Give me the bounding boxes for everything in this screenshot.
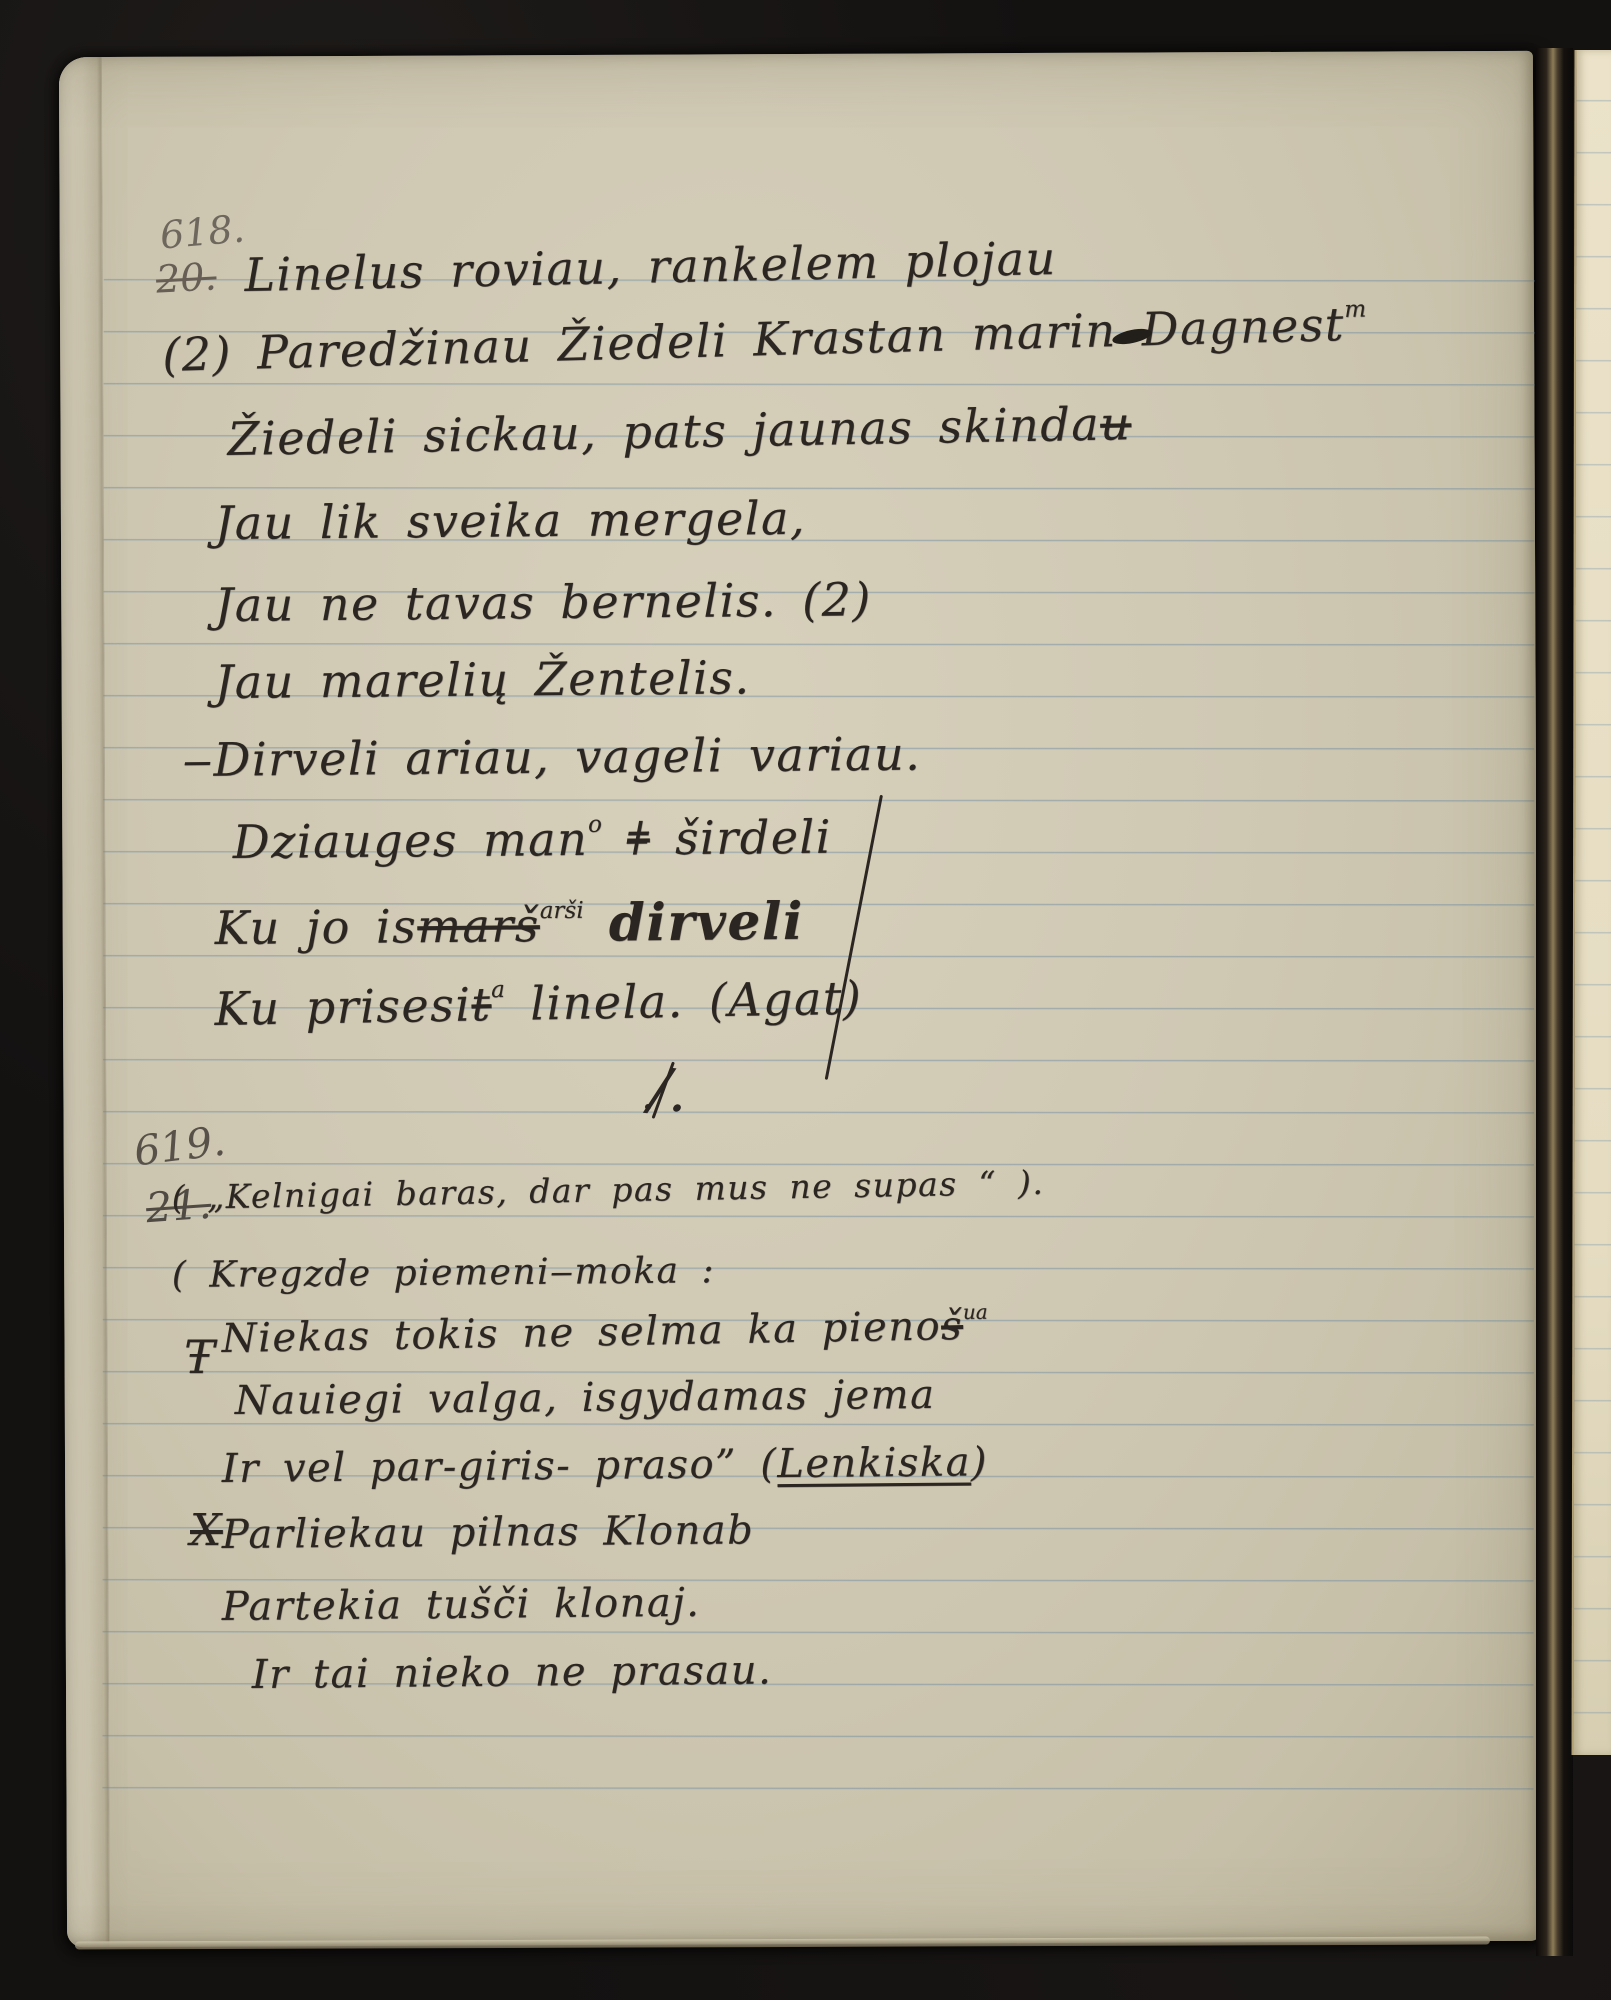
handwriting-segment: t (471, 977, 492, 1031)
line-jau-mareliu: Jau marelių Žentelis. (215, 650, 751, 709)
handwriting-segment: X (190, 1505, 223, 1556)
handwriting-segment: ǂ (627, 811, 650, 865)
handwriting-segment: Partekia tušči klonaj. (222, 1580, 701, 1630)
handwriting-segment: Parliekau pilnas Klonab (222, 1507, 755, 1558)
book-binding-gap (1536, 48, 1573, 1956)
handwriting-segment: ‒Dirveli ariau, vageli variau. (183, 727, 922, 787)
handwriting-segment: širdeli (650, 810, 832, 866)
next-page-edge (1572, 50, 1611, 1755)
handwriting-segment: a (491, 977, 505, 1003)
line-nauiegi: Nauiegi valga, isgydamas jema (235, 1372, 936, 1424)
handwriting-segment: ua (963, 1299, 988, 1323)
handwriting-segment: arši (540, 898, 584, 924)
handwriting-segment: ) (971, 1439, 989, 1485)
handwriting-segment: ( Kregzde piemeni‒moka : (172, 1250, 716, 1296)
line-jau-ne-tavas: Jau ne tavas bernelis. (2) (215, 572, 873, 632)
handwriting-segment: Ŧ (184, 1330, 216, 1384)
handwriting-segment (584, 898, 610, 952)
handwriting-segment: o (588, 812, 602, 838)
line-partekia: Partekia tušči klonaj. (222, 1580, 701, 1630)
margin-mark-x: X (190, 1505, 223, 1556)
handwriting-segment: linela. (Agat) (505, 971, 863, 1031)
handwriting-segment: Ir vel par-giris- praso” ( (222, 1441, 778, 1492)
handwriting-segment: Lenkiska (777, 1439, 971, 1487)
handwriting-segment (602, 812, 628, 866)
handwriting-segment: Ir tai nieko ne prasau. (252, 1647, 773, 1698)
handwriting-segment: Jau lik sveika mergela, (215, 491, 807, 550)
handwriting-segment: Ku jo is (215, 899, 418, 955)
handwriting-segment: Ku prisesi (214, 978, 472, 1036)
handwriting-segment: š (941, 1303, 964, 1349)
handwriting-segment: Jau ne tavas bernelis. (2) (215, 572, 873, 632)
line-ir-vel: Ir vel par-giris- praso” (Lenkiska) (222, 1439, 989, 1492)
handwriting-segment: m (1344, 296, 1366, 323)
entry-number-618: 618. (158, 206, 246, 257)
ink-dot-mark (645, 1104, 651, 1110)
line-ir-tai: Ir tai nieko ne prasau. (252, 1647, 773, 1698)
handwriting-segment: Nauiegi valga, isgydamas jema (235, 1372, 936, 1424)
handwriting-segment: dirveli (609, 892, 805, 954)
handwriting-segment: Jau marelių Žentelis. (215, 650, 751, 709)
handwriting-segment: marš (417, 898, 540, 953)
crossed-number-20: 20. (155, 254, 218, 301)
line-jau-lik: Jau lik sveika mergela, (215, 491, 807, 550)
line-ku-jo: Ku jo ismaršarši dirveli (214, 892, 804, 957)
handwriting-segment: Dziauges man (233, 812, 589, 869)
margin-mark-t: Ŧ (184, 1330, 216, 1384)
line-dziauges: Dziauges mano ǂ širdeli (233, 810, 833, 869)
line-parliekau: Parliekau pilnas Klonab (222, 1507, 755, 1558)
line-kregzde: ( Kregzde piemeni‒moka : (172, 1250, 716, 1296)
line-ku-prisesi: Ku prisesita linela. (Agat) (214, 971, 863, 1036)
handwriting-segment: u (1100, 396, 1132, 451)
line-dirveli: ‒Dirveli ariau, vageli variau. (183, 727, 922, 787)
